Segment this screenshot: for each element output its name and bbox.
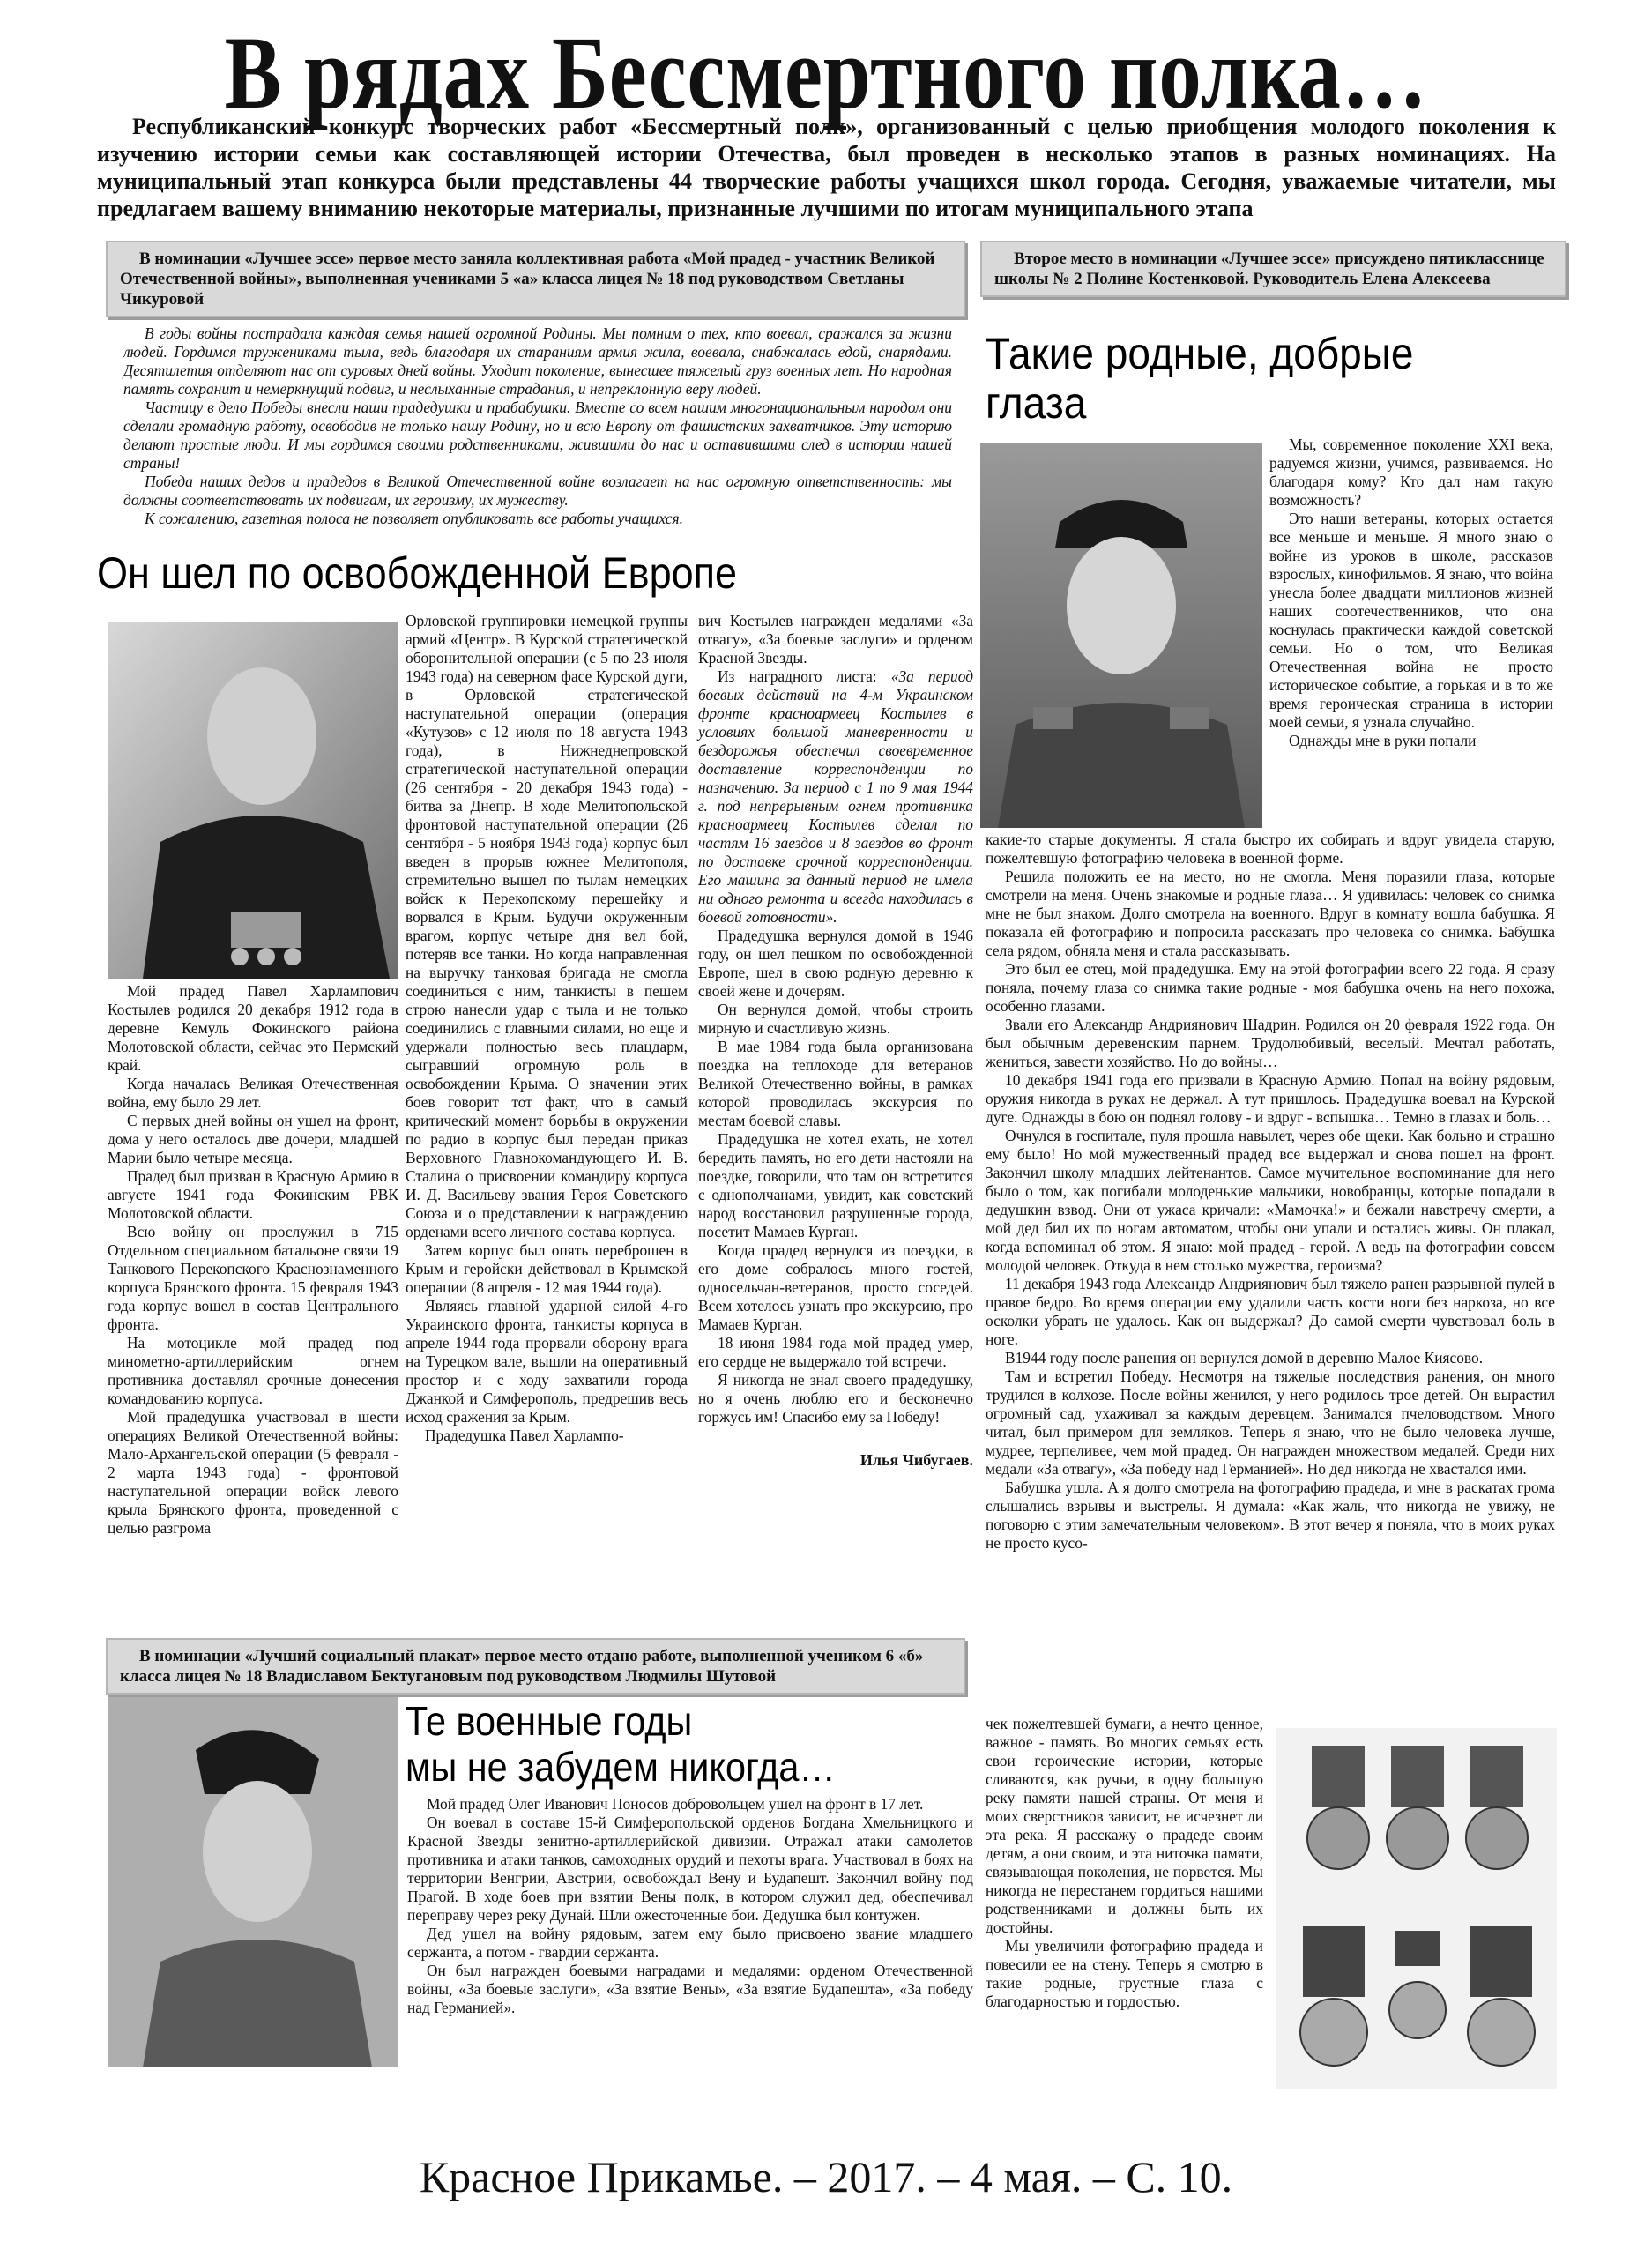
paragraph: Затем корпус был опять переброшен в Крым… [406,1241,688,1297]
article1-headline: Он шел по освобожденной Европе [97,548,737,598]
paragraph: Однажды мне в руки попали [1269,732,1553,750]
portrait-icon [108,622,398,979]
paragraph: Он вернулся домой, чтобы строить мирную … [698,1001,973,1038]
paragraph: Дед ушел на войну рядовым, затем ему был… [407,1925,973,1962]
paragraph: какие-то старые документы. Я стала быстр… [986,831,1555,868]
paragraph: Это наши ветераны, которых остается все … [1269,510,1553,732]
paragraph: Являясь главной ударной силой 4-го Украи… [406,1297,688,1426]
portrait-icon [108,1697,398,2067]
nomination-box-poster: В номинации «Лучший социальный плакат» п… [106,1638,965,1695]
paragraph: Орловской группировки немецкой группы ар… [406,612,688,1241]
article1-column-2: Орловской группировки немецкой группы ар… [406,612,688,1445]
paragraph: С первых дней войны он ушел на фронт, до… [108,1112,398,1167]
paragraph: Он был награжден боевыми наградами и мед… [407,1962,973,2017]
paragraph: Мой прадедушка участвовал в шести операц… [108,1408,398,1538]
medals-icon [1276,1728,1557,2089]
headline-line: мы не забудем никогда… [406,1745,836,1791]
source-citation: Красное Прикамье. – 2017. – 4 мая. – С. … [0,2151,1652,2202]
paragraph: Прадедушка вернулся домой в 1946 году, о… [698,927,973,1001]
paragraph: На мотоцикле мой прадед под минометно-ар… [108,1334,398,1408]
paragraph: Мой прадед Павел Харлампович Костылев ро… [108,982,398,1075]
article2-headline: Такие родные, добрые глаза [986,329,1505,428]
intro-paragraph: В годы войны пострадала каждая семья наш… [123,324,952,399]
award-quote-paragraph: Из наградного листа: «За период боевых д… [698,667,973,927]
elderly-veteran-photo [108,622,398,979]
paragraph: Мы, современное поколение XXI века, раду… [1269,436,1553,510]
portrait-icon [980,443,1262,828]
paragraph: Мы увеличили фотографию прадеда и повеси… [986,1937,1263,2011]
article2-narrow-column: чек пожелтевшей бумаги, а нечто ценное, … [986,1715,1263,2011]
paragraph: Он воевал в составе 15-й Симферопольской… [407,1814,973,1925]
paragraph: Звали его Александр Андриянович Шадрин. … [986,1016,1555,1071]
paragraph: Мой прадед Олег Иванович Поносов доброво… [407,1795,973,1814]
lede-paragraph: Республиканский конкурс творческих работ… [97,113,1556,222]
quote-lead: Из наградного листа: [718,667,891,685]
nomination-text: В номинации «Лучший социальный плакат» п… [120,1647,923,1686]
paragraph: вич Костылев награжден медалями «За отва… [698,612,973,667]
paragraph: Когда прадед вернулся из поездки, в его … [698,1241,973,1334]
nomination-box-essay-second: Второе место в номинации «Лучшее эссе» п… [980,241,1566,297]
paragraph: Бабушка ушла. А я долго смотрела на фото… [986,1479,1555,1553]
field-soldier-photo [108,1697,398,2067]
paragraph: Очнулся в госпитале, пуля прошла навылет… [986,1127,1555,1275]
article2-wide-column: какие-то старые документы. Я стала быстр… [986,831,1555,1553]
paragraph: 18 июня 1984 года мой прадед умер, его с… [698,1334,973,1371]
nomination-text: В номинации «Лучшее эссе» первое место з… [120,250,935,309]
paragraph: чек пожелтевшей бумаги, а нечто ценное, … [986,1715,1263,1937]
paragraph: Когда началась Великая Отечественная вой… [108,1075,398,1112]
paragraph: В мае 1984 года была организована поездк… [698,1038,973,1130]
intro-paragraph: Частицу в дело Победы внесли наши прадед… [123,399,952,473]
article3-headline: Те военные годы мы не забудем никогда… [406,1699,836,1790]
paragraph: Решила положить ее на место, но не смогл… [986,868,1555,960]
paragraph: Прадедушка не хотел ехать, не хотел бере… [698,1130,973,1241]
paragraph: Это был ее отец, мой прадедушка. Ему на … [986,960,1555,1016]
article1-column-3: вич Костылев награжден медалями «За отва… [698,612,973,1470]
soldier-portrait-photo [980,443,1262,828]
headline-line: Те военные годы [406,1699,836,1745]
paragraph: Прадедушка Павел Харлампо- [406,1426,688,1445]
article1-intro: В годы войны пострадала каждая семья наш… [123,324,952,528]
paragraph: В1944 году после ранения он вернулся дом… [986,1349,1555,1367]
award-quote: «За период боевых действий на 4-м Украин… [698,667,973,926]
article1-column-1: Мой прадед Павел Харлампович Костылев ро… [108,982,398,1538]
paragraph: Всю войну он прослужил в 715 Отдельном с… [108,1223,398,1334]
nomination-box-essay-first: В номинации «Лучшее эссе» первое место з… [106,241,965,317]
paragraph: 10 декабря 1941 года его призвали в Крас… [986,1071,1555,1127]
paragraph: Прадед был призван в Красную Армию в авг… [108,1167,398,1223]
nomination-text: Второе место в номинации «Лучшее эссе» п… [994,250,1544,288]
paragraph: Там и встретил Победу. Несмотря на тяжел… [986,1367,1555,1479]
medals-photo [1276,1728,1557,2089]
intro-paragraph: Победа наших дедов и прадедов в Великой … [123,473,952,510]
byline: Илья Чибугаев. [698,1451,973,1470]
article2-side-column: Мы, современное поколение XXI века, раду… [1269,436,1553,750]
paragraph: Я никогда не знал своего прадедушку, но … [698,1371,973,1426]
article3-body: Мой прадед Олег Иванович Поносов доброво… [407,1795,973,2017]
intro-paragraph: К сожалению, газетная полоса не позволяе… [123,510,952,528]
paragraph: 11 декабря 1943 года Александр Андриянов… [986,1275,1555,1349]
